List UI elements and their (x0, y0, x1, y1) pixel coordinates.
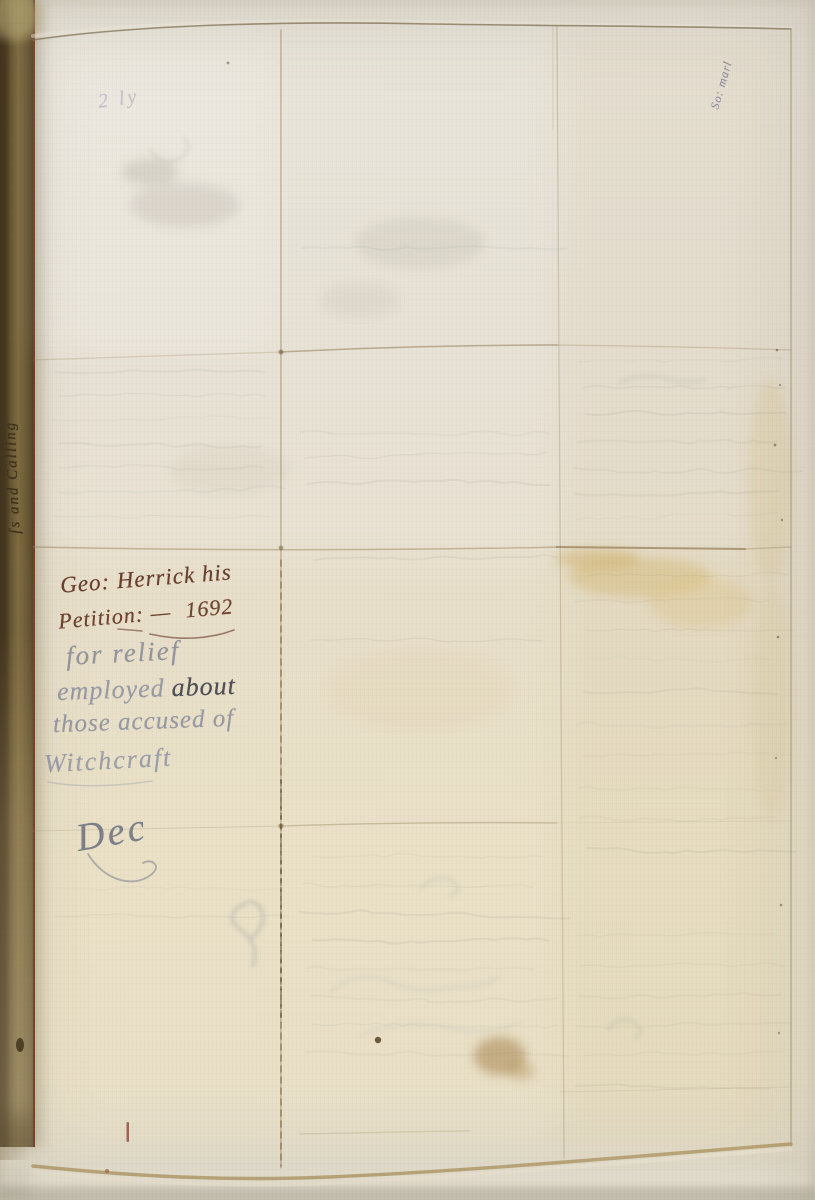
tone-highlight-topleft (40, 30, 275, 350)
manuscript-scan: ſs and Calling (0, 0, 815, 1200)
ink-docket-year: 1692 (184, 593, 234, 622)
book-spine: ſs and Calling (0, 0, 35, 1147)
scan-bottom-strip (0, 1186, 815, 1200)
pencil-note-about: about (171, 671, 236, 702)
pencil-note-line1: for relief (65, 635, 181, 672)
pencil-note-line2: employedabout (57, 671, 237, 707)
pencil-note-employed: employed (57, 673, 166, 706)
